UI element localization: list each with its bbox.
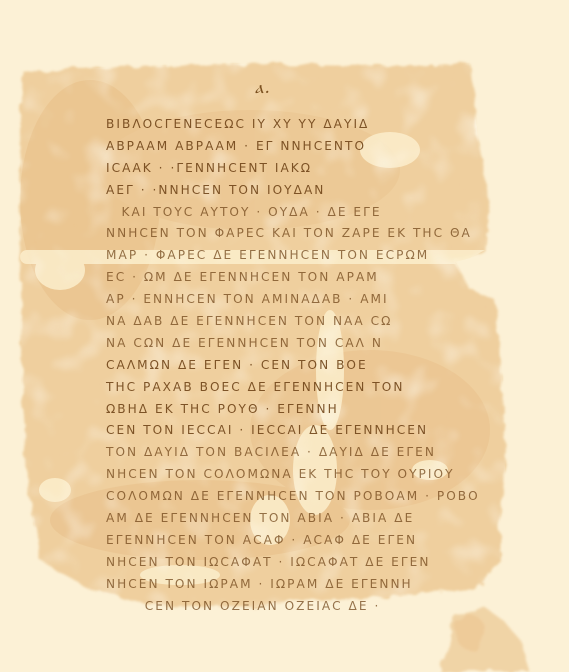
text-line: ΑΡ · ΕΝΝΗϹΕΝ ΤΟΝ ΑΜΙΝΑΔΑΒ · ΑΜΙ (106, 288, 455, 310)
text-line: ΙϹΑΑΚ · ·ΓΕΝΝΗϹΕΝΤ ΙΑΚΩ (106, 157, 455, 179)
papyrus-fragment: ⲁ. ΒΙΒΛΟϹΓΕΝΕϹΕΩϹ ΙΥ ΧΥ ΥΥ ΔΑΥΙΔ ΑΒΡΑΑΜ … (0, 0, 569, 672)
text-line: ΝΗϹΕΝ ΤΟΝ ΙΩΡΑΜ · ΙΩΡΑΜ ΔΕ ΕΓΕΝΝΗ (106, 573, 455, 595)
text-line: ΤΟΝ ΔΑΥΙΔ ΤΟΝ ΒΑϹΙΛΕΑ · ΔΑΥΙΔ ΔΕ ΕΓΕΝ (106, 441, 455, 463)
text-line: ΝΗϹΕΝ ΤΟΝ ϹΟΛΟΜΩΝΑ ΕΚ ΤΗϹ ΤΟΥ ΟΥΡΙΟΥ (106, 463, 455, 485)
text-line: ΕΓΕΝΝΗϹΕΝ ΤΟΝ ΑϹΑΦ · ΑϹΑΦ ΔΕ ΕΓΕΝ (106, 529, 455, 551)
text-line: ΩΒΗΔ ΕΚ ΤΗϹ ΡΟΥΘ · ΕΓΕΝΝΗ (106, 398, 455, 420)
text-line: ΝΑ ΔΑΒ ΔΕ ΕΓΕΝΝΗϹΕΝ ΤΟΝ ΝΑΑ ϹΩ (106, 310, 455, 332)
manuscript-text: ΒΙΒΛΟϹΓΕΝΕϹΕΩϹ ΙΥ ΧΥ ΥΥ ΔΑΥΙΔ ΑΒΡΑΑΜ ΑΒΡ… (106, 113, 466, 616)
scan-background: ⲁ. ΒΙΒΛΟϹΓΕΝΕϹΕΩϹ ΙΥ ΧΥ ΥΥ ΔΑΥΙΔ ΑΒΡΑΑΜ … (0, 0, 569, 672)
text-line: ΝΝΗϹΕΝ ΤΟΝ ΦΑΡΕϹ ΚΑΙ ΤΟΝ ΖΑΡΕ ΕΚ ΤΗϹ ΘΑ (106, 222, 455, 244)
text-line: ΜΑΡ · ΦΑΡΕϹ ΔΕ ΕΓΕΝΝΗϹΕΝ ΤΟΝ ΕϹΡΩΜ (106, 244, 455, 266)
text-line: ΝΑ ϹΩΝ ΔΕ ΕΓΕΝΝΗϹΕΝ ΤΟΝ ϹΑΛ Ν (106, 332, 455, 354)
folio-mark: ⲁ. (255, 78, 271, 98)
text-line: ϹΟΛΟΜΩΝ ΔΕ ΕΓΕΝΝΗϹΕΝ ΤΟΝ ΡΟΒΟΑΜ · ΡΟΒΟ (106, 485, 455, 507)
text-line: ΕϹ · ΩΜ ΔΕ ΕΓΕΝΝΗϹΕΝ ΤΟΝ ΑΡΑΜ (106, 266, 455, 288)
text-line: ΤΗϹ ΡΑΧΑΒ ΒΟΕϹ ΔΕ ΕΓΕΝΝΗϹΕΝ ΤΟΝ (106, 376, 455, 398)
text-line: ΝΗϹΕΝ ΤΟΝ ΙΩϹΑΦΑΤ · ΙΩϹΑΦΑΤ ΔΕ ΕΓΕΝ (106, 551, 455, 573)
text-line: ϹΑΛΜΩΝ ΔΕ ΕΓΕΝ · ϹΕΝ ΤΟΝ ΒΟΕ (106, 354, 455, 376)
text-line: ΒΙΒΛΟϹΓΕΝΕϹΕΩϹ ΙΥ ΧΥ ΥΥ ΔΑΥΙΔ (106, 113, 455, 135)
text-line: ΑΒΡΑΑΜ ΑΒΡΑΑΜ · ΕΓ ΝΝΗϹΕΝΤΟ (106, 135, 455, 157)
text-line: ϹΕΝ ΤΟΝ ΟΖΕΙΑΝ ΟΖΕΙΑϹ ΔΕ · (106, 595, 455, 617)
text-line: ΑΜ ΔΕ ΕΓΕΝΝΗϹΕΝ ΤΟΝ ΑΒΙΑ · ΑΒΙΑ ΔΕ (106, 507, 455, 529)
text-line: ΑΕΓ · ·ΝΝΗϹΕΝ ΤΟΝ ΙΟΥΔΑΝ (106, 179, 455, 201)
text-line: ϹΕΝ ΤΟΝ ΙΕϹϹΑΙ · ΙΕϹϹΑΙ ΔΕ ΕΓΕΝΝΗϹΕΝ (106, 419, 455, 441)
text-line: ΚΑΙ ΤΟΥϹ ΑΥΤΟΥ · ΟΥΔΑ · ΔΕ ΕΓΕ (106, 201, 455, 223)
